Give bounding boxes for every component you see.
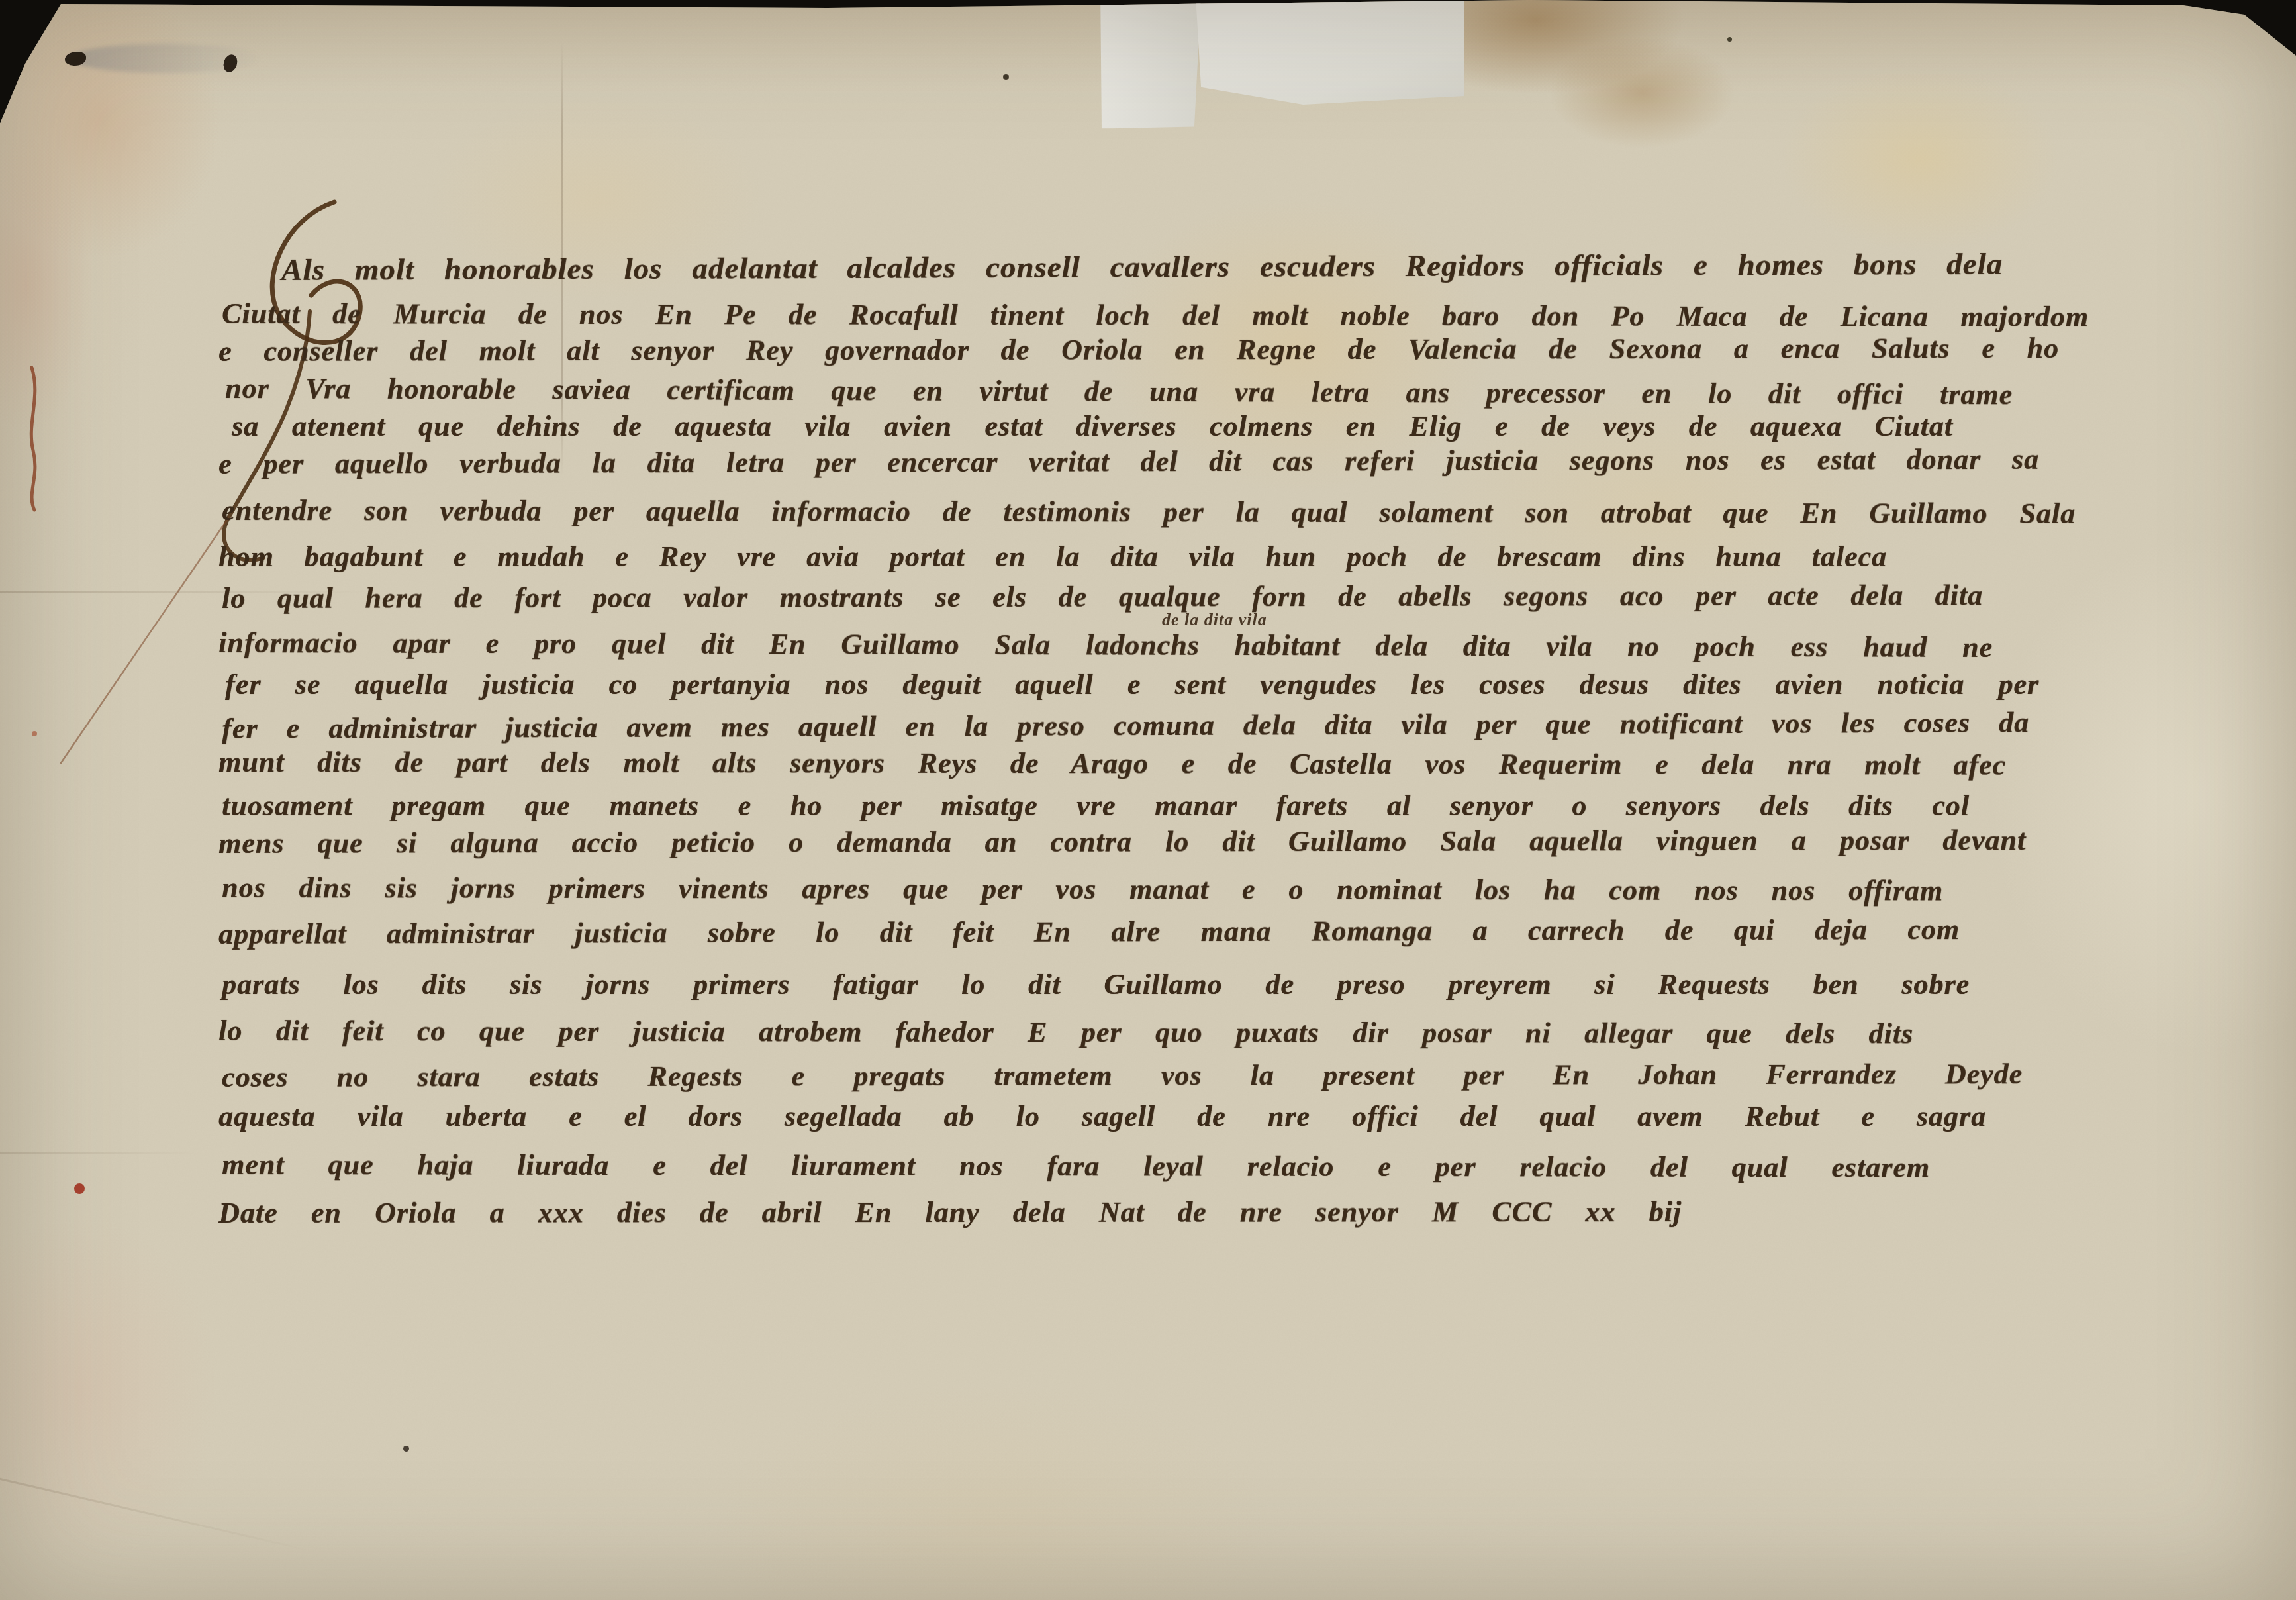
manuscript-line: ment que haja liurada e del liurament no… [222, 1148, 1930, 1185]
manuscript-line: hom bagabunt e mudah e Rey vre avia port… [218, 540, 1887, 574]
manuscript-line: coses no stara estats Regests e pregats … [222, 1057, 2023, 1094]
manuscript-line: e per aquello verbuda la dita letra per … [218, 442, 2039, 481]
manuscript-line: lo dit feit co que per justicia atrobem … [218, 1014, 1913, 1050]
ink-speck [1003, 74, 1009, 80]
manuscript-line: apparellat administrar justicia sobre lo… [218, 913, 1960, 951]
photo-backdrop: { "colors": { "background": "#0f0d0a", "… [0, 0, 2296, 1600]
manuscript-line: munt dits de part dels molt alts senyors… [218, 745, 2006, 782]
manuscript-line: entendre son verbuda per aquella informa… [222, 493, 2076, 530]
manuscript-line: Ciutat de Murcia de nos En Pe de Rocaful… [222, 297, 2089, 334]
manuscript-line: mens que si alguna accio peticio o deman… [218, 823, 2026, 860]
manuscript-line: sa atenent que dehins de aquesta vila av… [232, 409, 1953, 443]
manuscript-page: de la dita vila Als molt honorables los … [0, 0, 2296, 1600]
repair-tape-patch [1196, 0, 1464, 105]
manuscript-line: e conseller del molt alt senyor Rey gove… [218, 331, 2059, 368]
manuscript-line: nor Vra honorable saviea certificam que … [225, 372, 2013, 411]
manuscript-line: Als molt honorables los adelantat alcald… [281, 246, 2003, 288]
ink-speck [403, 1446, 409, 1452]
repair-tape-strip [1098, 0, 1201, 131]
manuscript-line: fer se aquella justicia co pertanyia nos… [225, 668, 2039, 701]
manuscript-line: lo qual hera de fort poca valor mostrant… [222, 578, 1983, 615]
manuscript-line: fer e administrar justicia avem mes aque… [222, 705, 2029, 746]
manuscript-line: nos dins sis jorns primers vinents apres… [222, 871, 1943, 908]
manuscript-line: aquesta vila uberta e el dors segellada … [218, 1099, 1986, 1133]
ink-speck [1727, 37, 1732, 42]
manuscript-line: Date en Oriola a xxx dies de abril En la… [218, 1195, 1682, 1230]
manuscript-line: parats los dits sis jorns primers fatiga… [222, 968, 1970, 1001]
manuscript-line: informacio apar e pro quel dit En Guilla… [218, 626, 1993, 664]
manuscript-line: tuosament pregam que manets e ho per mis… [222, 789, 1970, 823]
